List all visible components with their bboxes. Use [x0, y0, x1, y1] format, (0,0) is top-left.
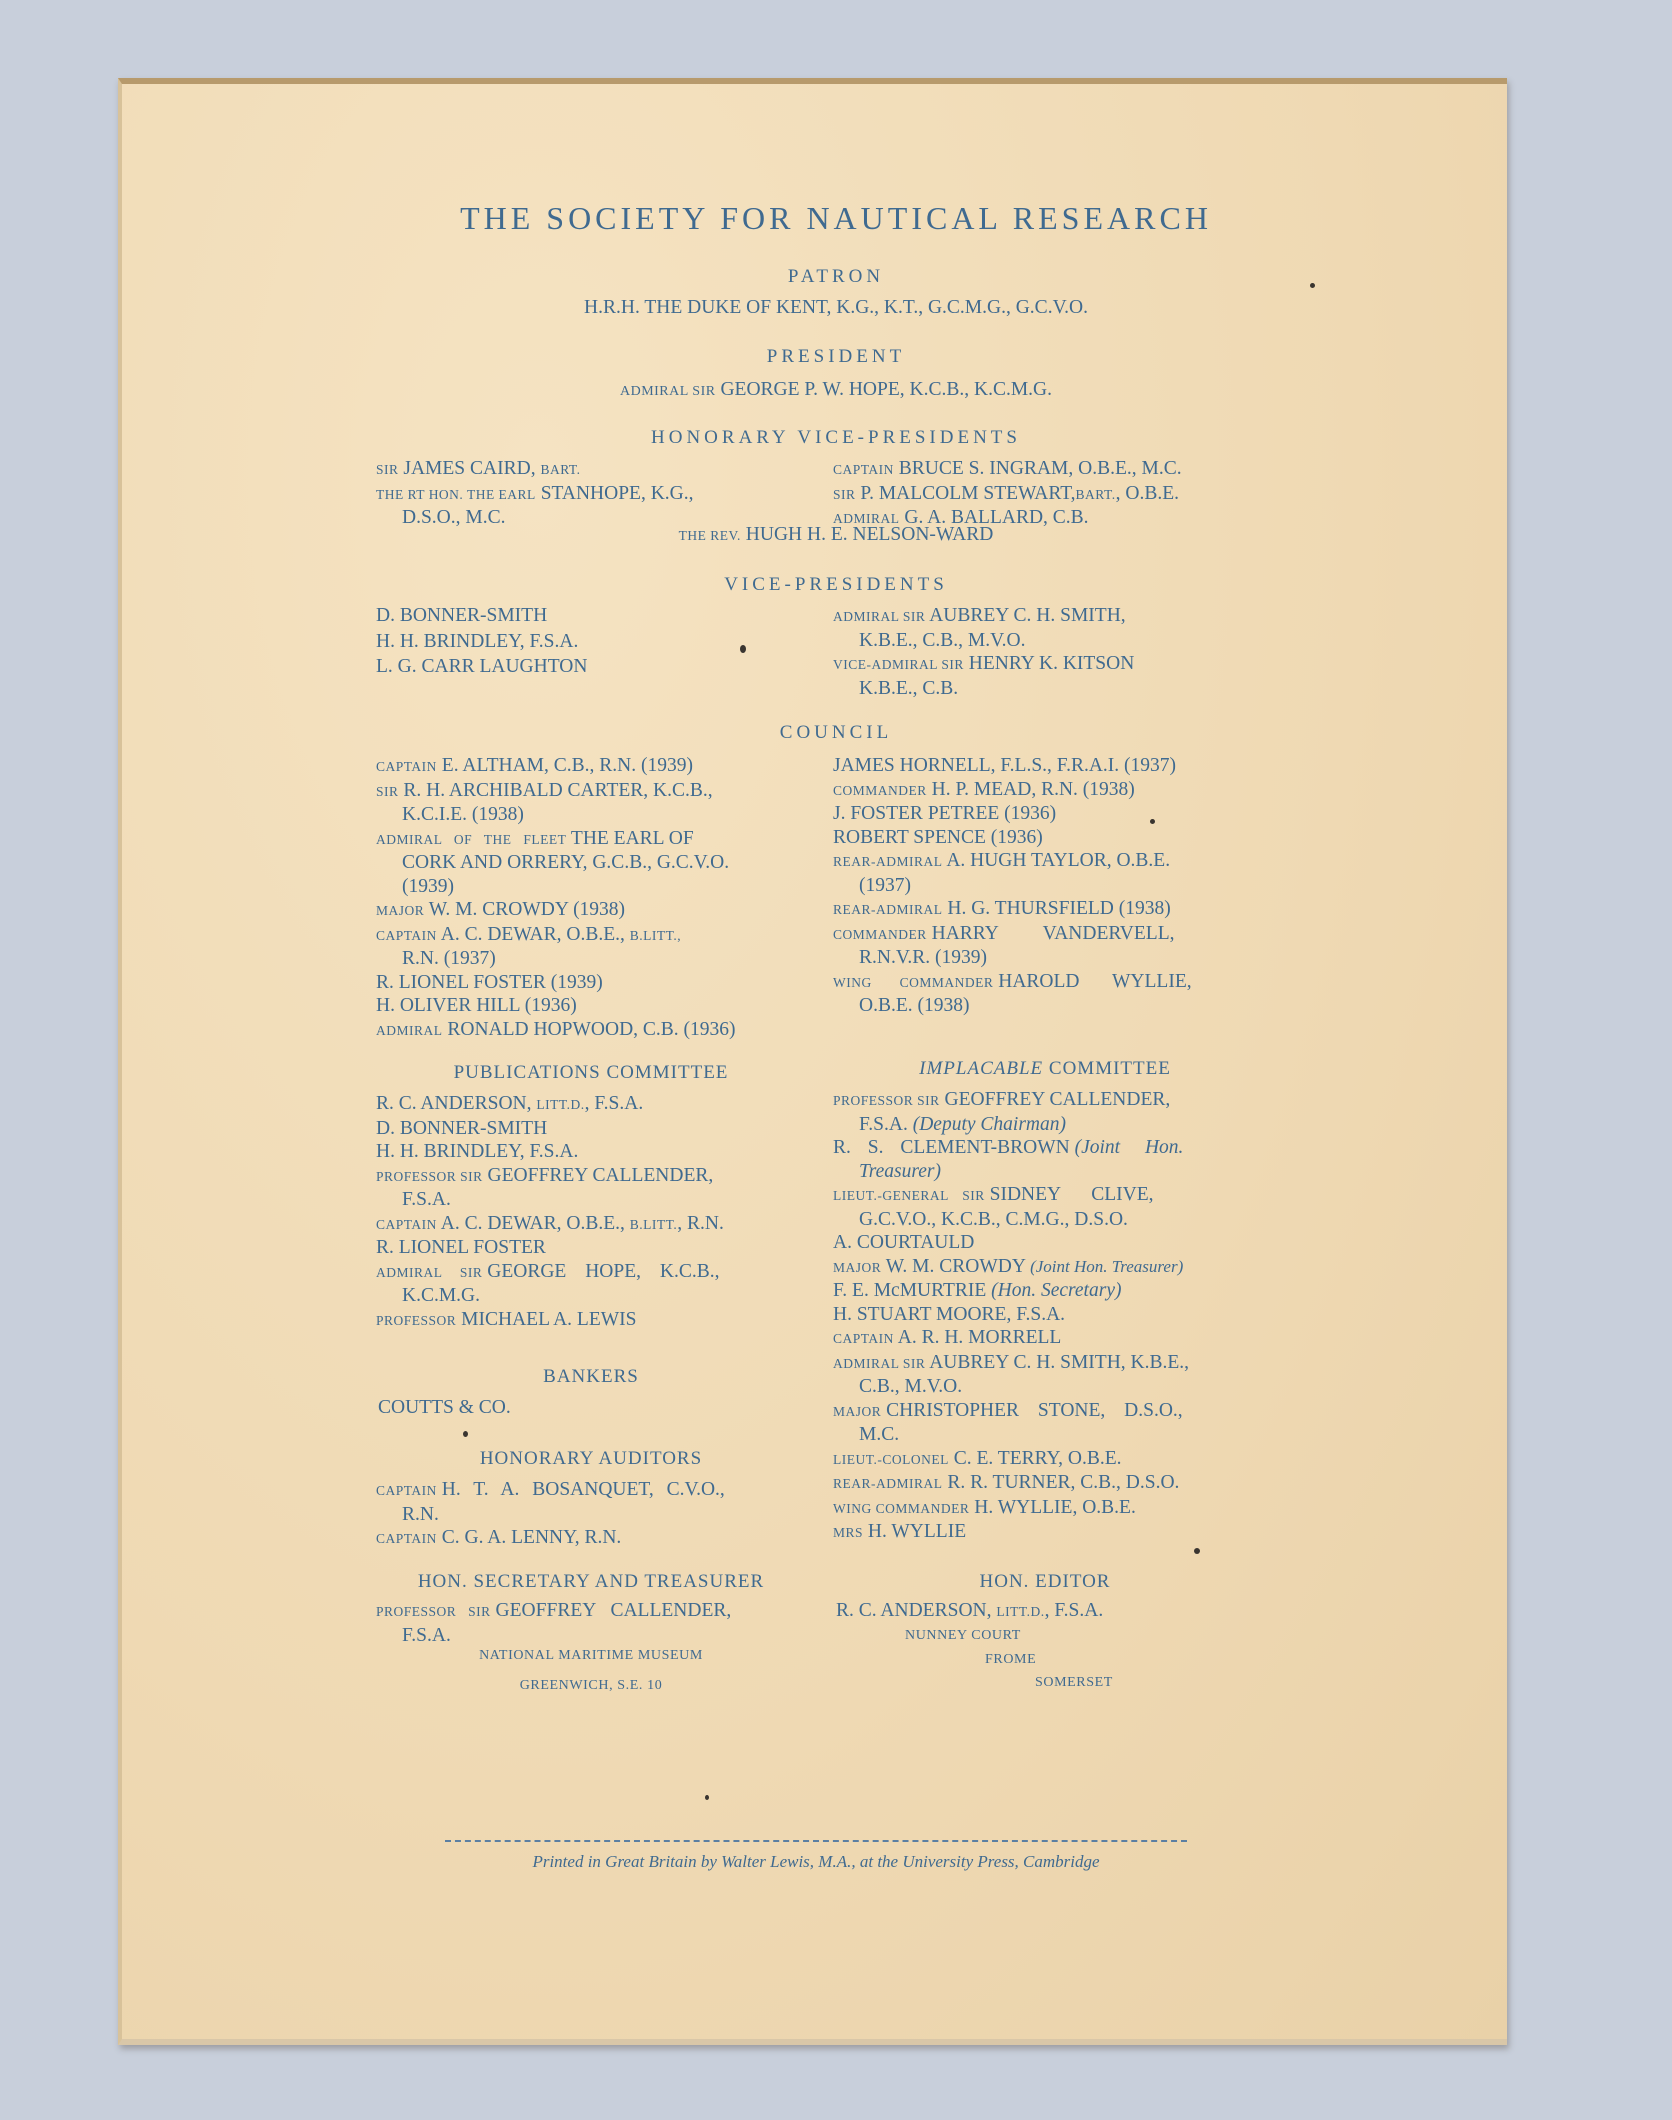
vp-entry: Admiral Sir AUBREY C. H. SMITH,K.B.E., C… [833, 604, 1257, 652]
hon-editor-address-line: Nunney Court [905, 1628, 1021, 1644]
honorary-auditors-list: Captain H. T. A. BOSANQUET, C.V.O.,R.N. … [376, 1478, 806, 1551]
committee-member: Admiral Sir AUBREY C. H. SMITH, K.B.E.,C… [833, 1351, 1257, 1399]
bankers-name: COUTTS & CO. [378, 1396, 511, 1420]
council-entry: Rear-Admiral H. G. THURSFIELD (1938) [833, 897, 1257, 922]
council-entry: R. LIONEL FOSTER (1939) [376, 971, 806, 995]
council-entry: Sir R. H. ARCHIBALD CARTER, K.C.B.,K.C.I… [376, 779, 806, 827]
page-title: THE SOCIETY FOR NAUTICAL RESEARCH [0, 200, 1672, 237]
vp-right-column: Admiral Sir AUBREY C. H. SMITH,K.B.E., C… [833, 604, 1257, 700]
hon-secretary-entry: Professor Sir GEOFFREY CALLENDER,F.S.A. [376, 1599, 806, 1647]
hon-editor-address-line: Somerset [1035, 1675, 1113, 1691]
committee-member: Major W. M. CROWDY (Joint Hon. Treasurer… [833, 1255, 1257, 1280]
publications-committee-list: R. C. ANDERSON, Litt.D., F.S.A. D. BONNE… [376, 1092, 806, 1332]
implacable-committee-heading: IMPLACABLE COMMITTEE [833, 1058, 1257, 1080]
vp-entry: D. BONNER-SMITH [376, 604, 806, 628]
committee-member: Professor Sir GEOFFREY CALLENDER,F.S.A. … [833, 1088, 1257, 1136]
hvp-entry: Sir JAMES CAIRD, Bart. [376, 457, 806, 482]
ink-spot [1194, 1548, 1200, 1554]
vp-entry: Vice-Admiral Sir HENRY K. KITSONK.B.E., … [833, 652, 1257, 700]
council-entry: Commander H. P. MEAD, R.N. (1938) [833, 778, 1257, 803]
committee-member: A. COURTAULD [833, 1231, 1257, 1255]
ink-spot [463, 1431, 468, 1437]
hon-secretary-address-line: National Maritime Museum [376, 1648, 806, 1664]
patron-heading: PATRON [0, 266, 1672, 288]
hvp-left-column: Sir JAMES CAIRD, Bart. The Rt Hon. the E… [376, 457, 806, 530]
footer-rule [445, 1840, 1187, 1842]
honorary-auditors-heading: HONORARY AUDITORS [376, 1448, 806, 1470]
council-right-column: JAMES HORNELL, F.L.S., F.R.A.I. (1937) C… [833, 754, 1257, 1018]
council-entry: ROBERT SPENCE (1936) [833, 826, 1257, 850]
vp-left-column: D. BONNER-SMITH H. H. BRINDLEY, F.S.A. L… [376, 604, 806, 679]
committee-member: F. E. McMURTRIE (Hon. Secretary) [833, 1279, 1257, 1303]
auditor-entry: Captain H. T. A. BOSANQUET, C.V.O.,R.N. [376, 1478, 806, 1526]
council-entry: Wing Commander HAROLD WYLLIE,O.B.E. (193… [833, 970, 1257, 1018]
bankers-heading: BANKERS [376, 1366, 806, 1388]
patron-name: H.R.H. THE DUKE OF KENT, K.G., K.T., G.C… [0, 296, 1672, 320]
council-entry: Rear-Admiral A. HUGH TAYLOR, O.B.E.(1937… [833, 849, 1257, 897]
committee-member: Mrs H. WYLLIE [833, 1520, 1257, 1545]
hvp-entry: Captain BRUCE S. INGRAM, O.B.E., M.C. [833, 457, 1257, 482]
committee-member: Professor MICHAEL A. LEWIS [376, 1308, 806, 1333]
committee-member: H. H. BRINDLEY, F.S.A. [376, 1140, 806, 1164]
vp-entry: H. H. BRINDLEY, F.S.A. [376, 630, 806, 654]
council-entry: Captain A. C. DEWAR, O.B.E., B.Litt.,R.N… [376, 923, 806, 971]
committee-member: D. BONNER-SMITH [376, 1117, 806, 1141]
vp-entry: L. G. CARR LAUGHTON [376, 655, 806, 679]
committee-member: Lieut.-General Sir SIDNEY CLIVE,G.C.V.O.… [833, 1183, 1257, 1231]
council-entry: Admiral of the Fleet THE EARL OFCORK AND… [376, 827, 806, 899]
council-entry: J. FOSTER PETREE (1936) [833, 802, 1257, 826]
committee-member: Lieut.-Colonel C. E. TERRY, O.B.E. [833, 1447, 1257, 1472]
hvp-entry: Sir P. MALCOLM STEWART,Bart., O.B.E. [833, 482, 1257, 507]
council-left-column: Captain E. ALTHAM, C.B., R.N. (1939) Sir… [376, 754, 806, 1042]
hon-editor-heading: HON. EDITOR [833, 1571, 1257, 1593]
hvp-centered-entry: The Rev. HUGH H. E. NELSON-WARD [0, 523, 1672, 548]
publications-committee-heading: PUBLICATIONS COMMITTEE [376, 1062, 806, 1084]
council-entry: H. OLIVER HILL (1936) [376, 994, 806, 1018]
hon-editor-name: R. C. ANDERSON, Litt.D., F.S.A. [836, 1599, 1103, 1624]
council-entry: Major W. M. CROWDY (1938) [376, 898, 806, 923]
council-entry: JAMES HORNELL, F.L.S., F.R.A.I. (1937) [833, 754, 1257, 778]
committee-member: R. LIONEL FOSTER [376, 1236, 806, 1260]
president-entry: Admiral Sir GEORGE P. W. HOPE, K.C.B., K… [0, 378, 1672, 404]
honorary-vice-presidents-heading: HONORARY VICE-PRESIDENTS [0, 427, 1672, 449]
committee-member: Wing Commander H. WYLLIE, O.B.E. [833, 1496, 1257, 1521]
president-name: GEORGE P. W. HOPE, K.C.B., K.C.M.G. [720, 379, 1052, 400]
committee-member: Captain A. C. DEWAR, O.B.E., B.Litt., R.… [376, 1212, 806, 1237]
committee-member: Captain A. R. H. MORRELL [833, 1326, 1257, 1351]
council-heading: COUNCIL [0, 722, 1672, 744]
committee-member: Major CHRISTOPHER STONE, D.S.O.,M.C. [833, 1399, 1257, 1447]
hon-secretary-treasurer-heading: HON. SECRETARY AND TREASURER [376, 1571, 806, 1593]
document-page [118, 78, 1507, 2045]
committee-member: Rear-Admiral R. R. TURNER, C.B., D.S.O. [833, 1471, 1257, 1496]
hvp-right-column: Captain BRUCE S. INGRAM, O.B.E., M.C. Si… [833, 457, 1257, 531]
president-heading: PRESIDENT [0, 346, 1672, 368]
committee-member: R. S. CLEMENT-BROWN (Joint Hon.Treasurer… [833, 1136, 1257, 1183]
committee-member: Admiral Sir GEORGE HOPE, K.C.B.,K.C.M.G. [376, 1260, 806, 1308]
hon-secretary-address-line: Greenwich, S.E. 10 [376, 1678, 806, 1694]
committee-member: R. C. ANDERSON, Litt.D., F.S.A. [376, 1092, 806, 1117]
council-entry: Captain E. ALTHAM, C.B., R.N. (1939) [376, 754, 806, 779]
auditor-entry: Captain C. G. A. LENNY, R.N. [376, 1526, 806, 1551]
title-prefix: Admiral Sir [620, 384, 716, 399]
vice-presidents-heading: VICE-PRESIDENTS [0, 574, 1672, 596]
committee-member: H. STUART MOORE, F.S.A. [833, 1303, 1257, 1327]
council-entry: Admiral RONALD HOPWOOD, C.B. (1936) [376, 1018, 806, 1043]
ink-spot [705, 1795, 709, 1800]
hon-editor-address-line: Frome [985, 1652, 1036, 1668]
printer-imprint: Printed in Great Britain by Walter Lewis… [445, 1852, 1187, 1872]
implacable-committee-list: Professor Sir GEOFFREY CALLENDER,F.S.A. … [833, 1088, 1257, 1545]
committee-member: Professor Sir GEOFFREY CALLENDER,F.S.A. [376, 1164, 806, 1212]
council-entry: Commander HARRY VANDERVELL,R.N.V.R. (193… [833, 922, 1257, 970]
